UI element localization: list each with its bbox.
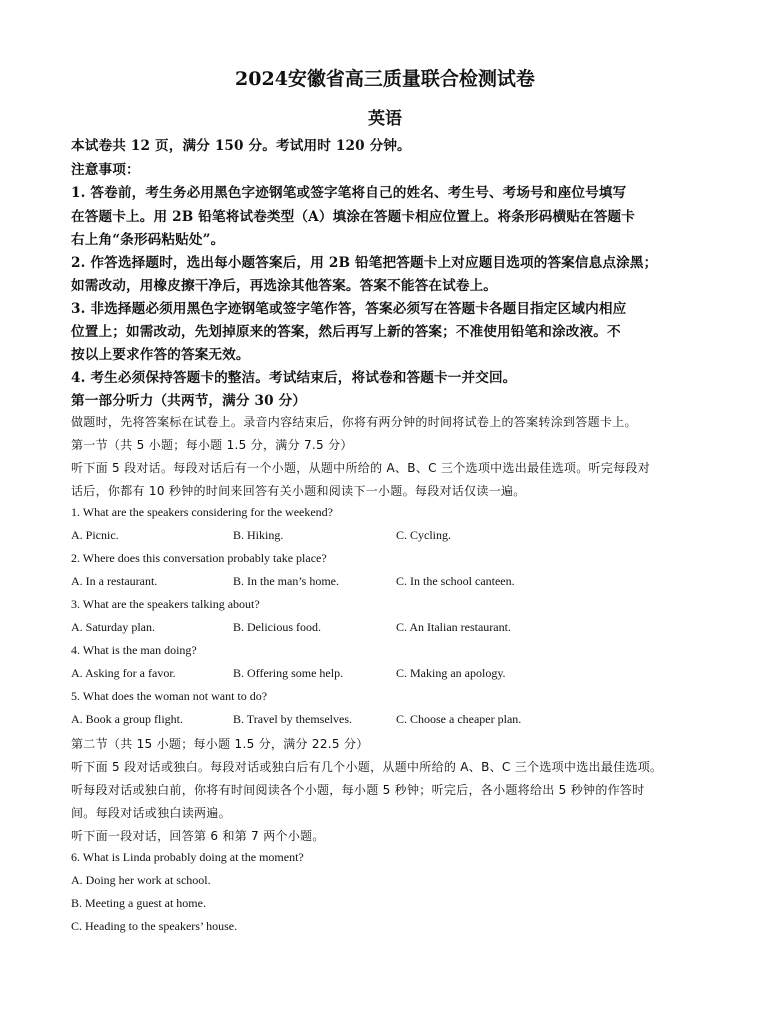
- notice-line: 2. 作答选择题时，选出每小题答案后，用 2B 铅笔把答题卡上对应题目选项的答案…: [71, 251, 657, 271]
- option-a: A. Book a group flight.: [71, 712, 183, 727]
- section1-instruction: 听下面 5 段对话。每段对话后有一个小题，从题中所给的 A、B、C 三个选项中选…: [71, 459, 650, 476]
- option-c: C. Choose a cheaper plan.: [396, 712, 521, 727]
- option-a: A. Picnic.: [71, 528, 119, 543]
- subject-title: 英语: [0, 104, 770, 129]
- notice-line: 1. 答卷前，考生务必用黑色字迹钢笔或签字笔将自己的姓名、考生号、考场号和座位号…: [71, 181, 626, 201]
- option-b: B. Offering some help.: [233, 666, 343, 681]
- section2-instruction: 听下面 5 段对话或独白。每段对话或独白后有几个小题，从题中所给的 A、B、C …: [71, 758, 662, 775]
- notice-line: 3. 非选择题必须用黑色字迹钢笔或签字笔作答，答案必须写在答题卡各题目指定区域内…: [71, 297, 626, 317]
- exam-title: 2024安徽省高三质量联合检测试卷: [0, 64, 770, 91]
- exam-summary: 本试卷共 12 页，满分 150 分。考试用时 120 分钟。: [71, 134, 411, 154]
- option-c: C. Cycling.: [396, 528, 451, 543]
- question-stem: 5. What does the woman not want to do?: [71, 689, 267, 704]
- notice-line: 在答题卡上。用 2B 铅笔将试卷类型（A）填涂在答题卡相应位置上。将条形码横贴在…: [71, 205, 635, 225]
- option-c: C. Heading to the speakers’ house.: [71, 919, 237, 934]
- option-a: A. Doing her work at school.: [71, 873, 211, 888]
- notice-line: 按以上要求作答的答案无效。: [71, 343, 250, 363]
- section1-heading: 第一节（共 5 小题；每小题 1.5 分，满分 7.5 分）: [71, 436, 353, 453]
- notice-line: 4. 考生必须保持答题卡的整洁。考试结束后，将试卷和答题卡一并交回。: [71, 366, 516, 386]
- part1-heading: 第一部分听力（共两节，满分 30 分）: [71, 389, 306, 409]
- exam-page: 2024安徽省高三质量联合检测试卷 英语 本试卷共 12 页，满分 150 分。…: [0, 0, 770, 1024]
- option-b: B. Hiking.: [233, 528, 283, 543]
- option-a: A. Asking for a favor.: [71, 666, 176, 681]
- notice-line: 如需改动，用橡皮擦干净后，再选涂其他答案。答案不能答在试卷上。: [71, 274, 497, 294]
- question-stem: 6. What is Linda probably doing at the m…: [71, 850, 304, 865]
- notice-line: 位置上；如需改动，先划掉原来的答案，然后再写上新的答案；不准使用铅笔和涂改液。不: [71, 320, 621, 340]
- section2-heading: 第二节（共 15 小题；每小题 1.5 分，满分 22.5 分）: [71, 735, 369, 752]
- option-c: C. An Italian restaurant.: [396, 620, 511, 635]
- option-c: C. In the school canteen.: [396, 574, 515, 589]
- option-b: B. In the man’s home.: [233, 574, 339, 589]
- question-stem: 2. Where does this conversation probably…: [71, 551, 327, 566]
- section1-instruction: 话后，你都有 10 秒钟的时间来回答有关小题和阅读下一小题。每段对话仅读一遍。: [71, 482, 526, 499]
- option-a: A. Saturday plan.: [71, 620, 155, 635]
- question-stem: 4. What is the man doing?: [71, 643, 197, 658]
- option-c: C. Making an apology.: [396, 666, 506, 681]
- group-intro: 听下面一段对话，回答第 6 和第 7 两个小题。: [71, 827, 325, 844]
- section2-instruction: 间。每段对话或独白读两遍。: [71, 804, 231, 821]
- option-b: B. Meeting a guest at home.: [71, 896, 206, 911]
- question-stem: 1. What are the speakers considering for…: [71, 505, 333, 520]
- part1-instruction: 做题时，先将答案标在试卷上。录音内容结束后，你将有两分钟的时间将试卷上的答案转涂…: [71, 413, 637, 430]
- option-b: B. Travel by themselves.: [233, 712, 352, 727]
- notice-line: 右上角“条形码粘贴处”。: [71, 228, 224, 248]
- option-a: A. In a restaurant.: [71, 574, 157, 589]
- section2-instruction: 听每段对话或独白前，你将有时间阅读各个小题，每小题 5 秒钟；听完后，各小题将给…: [71, 781, 645, 798]
- notice-heading: 注意事项：: [71, 158, 140, 178]
- question-stem: 3. What are the speakers talking about?: [71, 597, 260, 612]
- option-b: B. Delicious food.: [233, 620, 321, 635]
